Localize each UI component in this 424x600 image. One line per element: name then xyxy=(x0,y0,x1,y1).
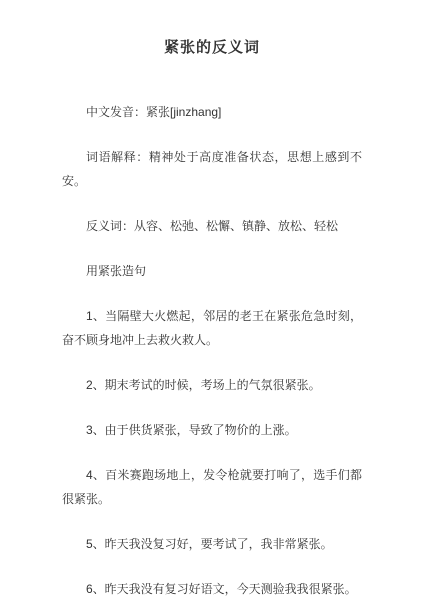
pronunciation-line: 中文发音：紧张[jinzhang] xyxy=(62,100,362,124)
example-sentence-6: 6、昨天我没有复习好语文，今天测验我我很紧张。 xyxy=(62,577,362,600)
antonyms-line: 反义词：从容、松弛、松懈、镇静、放松、轻松 xyxy=(62,214,362,238)
page-title: 紧张的反义词 xyxy=(62,38,362,58)
definition-line: 词语解释：精神处于高度准备状态，思想上感到不安。 xyxy=(62,145,362,193)
document-content: 紧张的反义词 中文发音：紧张[jinzhang] 词语解释：精神处于高度准备状态… xyxy=(0,0,424,600)
example-sentence-3: 3、由于供货紧张，导致了物价的上涨。 xyxy=(62,418,362,442)
section-heading-example-sentences: 用紧张造句 xyxy=(62,259,362,283)
example-sentence-5: 5、昨天我没复习好，要考试了，我非常紧张。 xyxy=(62,532,362,556)
example-sentence-2: 2、期末考试的时候，考场上的气氛很紧张。 xyxy=(62,373,362,397)
example-sentence-4: 4、百米赛跑场地上，发令枪就要打响了，选手们都很紧张。 xyxy=(62,463,362,511)
example-sentence-1: 1、当隔壁大火燃起，邻居的老王在紧张危急时刻，奋不顾身地冲上去救火救人。 xyxy=(62,304,362,352)
document-page: 紧张的反义词 中文发音：紧张[jinzhang] 词语解释：精神处于高度准备状态… xyxy=(0,0,424,600)
